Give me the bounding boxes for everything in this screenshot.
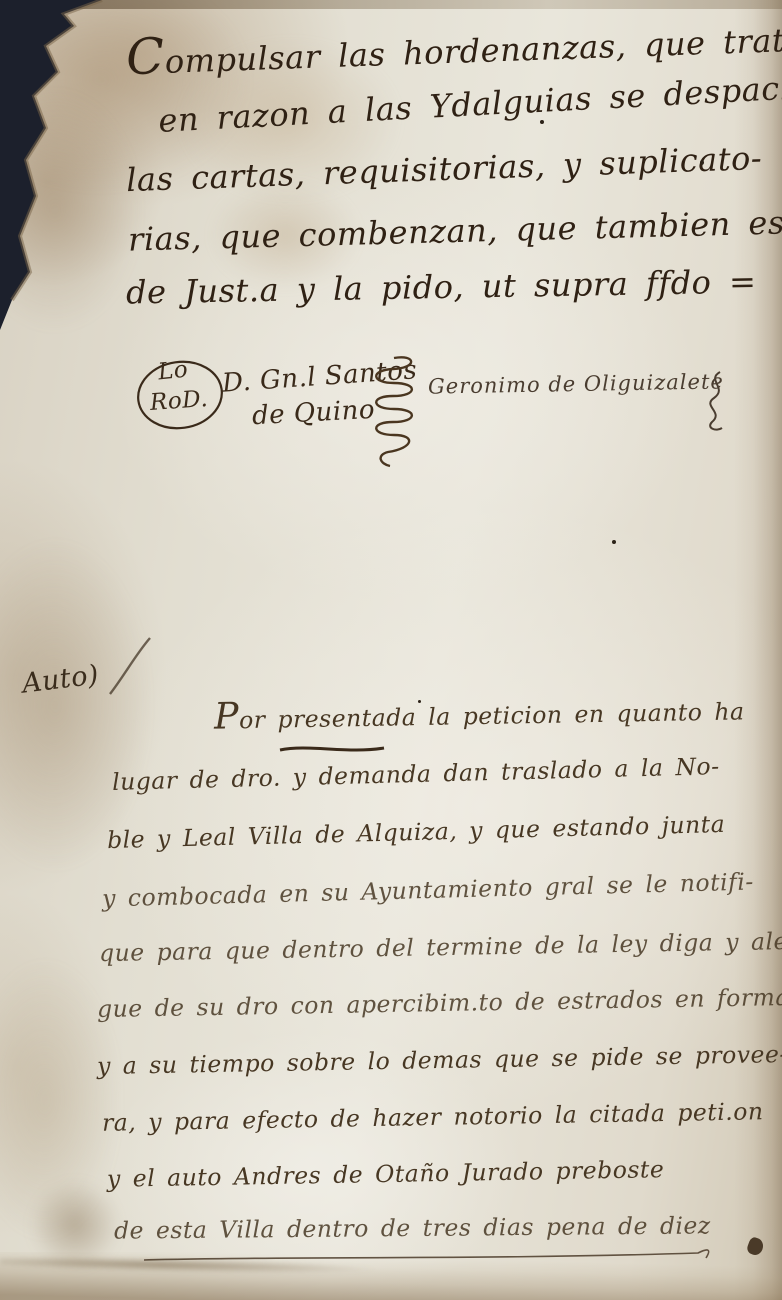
ink-speck <box>612 540 616 544</box>
rubric-flourish-icon <box>700 368 734 438</box>
ink-speck <box>700 160 704 165</box>
manuscript-photo: Compulsar las hordenanzas, que tratan en… <box>0 0 782 1300</box>
closing-rule <box>142 1242 742 1268</box>
signature-left-rubric: Lo <box>157 356 190 385</box>
ink-speck <box>540 120 544 124</box>
body-line: de esta Villa dentro de tres dias pena d… <box>114 1211 711 1244</box>
signature-left-rubric: RoD. <box>149 386 209 416</box>
rubric-coil-icon <box>366 352 422 472</box>
signature-center-name: de Quino <box>251 395 375 431</box>
ink-speck <box>418 700 421 703</box>
underline-flourish-icon <box>278 742 388 758</box>
margin-flourish-icon <box>96 636 156 696</box>
torn-edge-icon <box>0 0 120 330</box>
